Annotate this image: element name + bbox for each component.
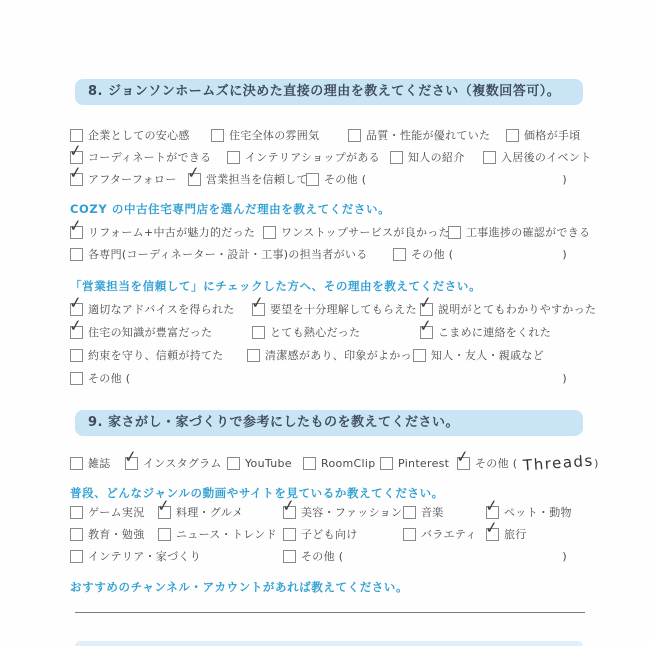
- checkbox-option[interactable]: 品質・性能が優れていた: [348, 127, 506, 143]
- checkbox-label: 適切なアドバイスを得られた: [88, 301, 235, 317]
- checkbox[interactable]: [306, 173, 319, 186]
- checkbox-option[interactable]: ニュース・トレンド: [158, 526, 283, 542]
- checkbox-row: 企業としての安心感住宅全体の雰囲気品質・性能が優れていた価格が手頃: [70, 127, 590, 143]
- checkbox-option[interactable]: ✓コーディネートができる: [70, 149, 227, 165]
- checkbox-label: その他 (: [324, 171, 366, 187]
- check-mark: ✓: [68, 317, 84, 335]
- checkbox-label: その他 (: [301, 548, 343, 564]
- checkbox[interactable]: [263, 226, 276, 239]
- checkbox-option[interactable]: 教育・勉強: [70, 526, 158, 542]
- question8-header: 8. ジョンソンホームズに決めた直接の理由を教えてください（複数回答可）。: [75, 79, 583, 105]
- checkbox[interactable]: [227, 457, 240, 470]
- checkbox-label: Pinterest: [398, 457, 449, 470]
- checkbox[interactable]: ✓: [420, 303, 433, 316]
- checkbox-label: 要望を十分理解してもらえた: [270, 301, 417, 317]
- checkbox-row: 教育・勉強ニュース・トレンド子ども向けバラエティ✓旅行: [70, 526, 590, 542]
- question8-title: 8. ジョンソンホームズに決めた直接の理由を教えてください（複数回答可）。: [88, 84, 560, 99]
- check-mark: ✓: [123, 448, 139, 466]
- checkbox-option[interactable]: Pinterest: [380, 457, 457, 470]
- checkbox[interactable]: [70, 248, 83, 261]
- checkbox[interactable]: [390, 151, 403, 164]
- paren-close: ): [562, 173, 567, 186]
- checkbox-label: インテリアショップがある: [245, 149, 380, 165]
- checkbox[interactable]: ✓: [457, 457, 470, 470]
- checkbox-label: ペット・動物: [504, 504, 572, 520]
- paren-close: ): [562, 372, 567, 385]
- checkbox-option[interactable]: 約束を守り、信頼が持てた: [70, 347, 247, 363]
- checkbox[interactable]: ✓: [486, 528, 499, 541]
- checkbox-option[interactable]: RoomClip: [303, 457, 380, 470]
- checkbox[interactable]: [403, 506, 416, 519]
- checkbox[interactable]: [283, 550, 296, 563]
- check-mark: ✓: [156, 497, 172, 515]
- checkbox-label: 営業担当を信頼して: [206, 171, 308, 187]
- checkbox[interactable]: ✓: [70, 173, 83, 186]
- checkbox-label: RoomClip: [321, 457, 376, 470]
- checkbox-row: ゲーム実況✓料理・グルメ✓美容・ファッション音楽✓ペット・動物: [70, 504, 590, 520]
- checkbox-label: 品質・性能が優れていた: [366, 127, 490, 143]
- checkbox-option[interactable]: ✓その他 (Threads: [457, 454, 594, 472]
- checkbox-label: ゲーム実況: [88, 504, 145, 520]
- checkbox-option[interactable]: ✓料理・グルメ: [158, 504, 283, 520]
- checkbox-option[interactable]: ✓旅行: [486, 526, 527, 542]
- checkbox-label: インスタグラム: [143, 455, 222, 471]
- checkbox-option[interactable]: YouTube: [227, 457, 303, 470]
- checkbox-label: アフターフォロー: [88, 171, 177, 187]
- checkbox-label: こまめに連絡をくれた: [438, 324, 551, 340]
- checkbox[interactable]: [448, 226, 461, 239]
- next-section-band-partial: [75, 641, 583, 646]
- checkbox[interactable]: [303, 457, 316, 470]
- checkbox[interactable]: [380, 457, 393, 470]
- check-mark: ✓: [455, 448, 471, 466]
- answer-line[interactable]: [75, 612, 585, 613]
- checkbox-option[interactable]: 工事進捗の確認ができる: [448, 224, 590, 240]
- checkbox-option[interactable]: 音楽: [403, 504, 486, 520]
- check-mark: ✓: [484, 519, 500, 537]
- checkbox-option[interactable]: インテリアショップがある: [227, 149, 390, 165]
- checkbox-row: 約束を守り、信頼が持てた清潔感があり、印象がよかった知人・友人・親戚など: [70, 347, 590, 363]
- checkbox-option[interactable]: ✓インスタグラム: [125, 455, 227, 471]
- checkbox-option[interactable]: 子ども向け: [283, 526, 403, 542]
- question9-header: 9. 家さがし・家づくりで参考にしたものを教えてください。: [75, 410, 583, 436]
- checkbox-label: 住宅全体の雰囲気: [229, 127, 319, 143]
- checkbox-label: 各専門(コーディネーター・設計・工事)の担当者がいる: [88, 246, 368, 262]
- check-mark: ✓: [281, 497, 297, 515]
- checkbox[interactable]: [247, 349, 260, 362]
- checkbox-row: 各専門(コーディネーター・設計・工事)の担当者がいるその他 (): [70, 246, 567, 262]
- checkbox[interactable]: [70, 550, 83, 563]
- genre-subquestion-title: 普段、どんなジャンルの動画やサイトを見ているか教えてください。: [70, 485, 590, 501]
- checkbox-option[interactable]: その他 (: [306, 171, 366, 187]
- checkbox-label: ワンストップサービスが良かった: [281, 224, 450, 240]
- checkbox-label: 清潔感があり、印象がよかった: [265, 347, 423, 363]
- checkbox[interactable]: [348, 129, 361, 142]
- checkbox[interactable]: ✓: [70, 326, 83, 339]
- checkbox-option[interactable]: ✓こまめに連絡をくれた: [420, 324, 551, 340]
- checkbox-option[interactable]: とても熱心だった: [252, 324, 420, 340]
- checkbox-option[interactable]: ✓住宅の知識が豊富だった: [70, 324, 252, 340]
- checkbox-option[interactable]: ✓営業担当を信頼して: [188, 171, 306, 187]
- checkbox-option[interactable]: その他 (: [283, 548, 343, 564]
- checkbox[interactable]: [211, 129, 224, 142]
- checkbox-option[interactable]: ✓ペット・動物: [486, 504, 572, 520]
- cozy-subquestion-title: COZY の中古住宅専門店を選んだ理由を教えてください。: [70, 201, 590, 217]
- checkbox-label: 工事進捗の確認ができる: [466, 224, 590, 240]
- checkbox-option[interactable]: 企業としての安心感: [70, 127, 211, 143]
- checkbox-label: 企業としての安心感: [88, 127, 190, 143]
- checkbox[interactable]: [158, 528, 171, 541]
- checkbox-option[interactable]: ✓要望を十分理解してもらえた: [252, 301, 420, 317]
- checkbox[interactable]: [413, 349, 426, 362]
- checkbox-label: 知人・友人・親戚など: [431, 347, 544, 363]
- recommend-subquestion-title: おすすめのチャンネル・アカウントがあれば教えてください。: [70, 579, 590, 595]
- survey-page: 8. ジョンソンホームズに決めた直接の理由を教えてください（複数回答可）。 CO…: [0, 0, 650, 646]
- checkbox-option[interactable]: ✓適切なアドバイスを得られた: [70, 301, 252, 317]
- checkbox[interactable]: ✓: [420, 326, 433, 339]
- checkbox[interactable]: [70, 528, 83, 541]
- checkbox-row: インテリア・家づくりその他 (): [70, 548, 567, 564]
- check-mark: ✓: [484, 497, 500, 515]
- checkbox-row: 雑誌✓インスタグラムYouTubeRoomClipPinterest✓その他 (…: [70, 455, 567, 471]
- checkbox[interactable]: [403, 528, 416, 541]
- checkbox[interactable]: [227, 151, 240, 164]
- check-mark: ✓: [68, 164, 84, 182]
- checkbox[interactable]: ✓: [188, 173, 201, 186]
- question9-title: 9. 家さがし・家づくりで参考にしたものを教えてください。: [88, 415, 459, 430]
- checkbox-option[interactable]: 住宅全体の雰囲気: [211, 127, 348, 143]
- checkbox-option[interactable]: 入居後のイベント: [483, 149, 591, 165]
- checkbox[interactable]: [252, 326, 265, 339]
- checkbox-row: ✓アフターフォロー✓営業担当を信頼してその他 (): [70, 171, 567, 187]
- checkbox-label: 旅行: [504, 526, 527, 542]
- checkbox-label: とても熱心だった: [270, 324, 360, 340]
- checkbox-row: ✓コーディネートができるインテリアショップがある知人の紹介入居後のイベント: [70, 149, 590, 165]
- checkbox-label: 美容・ファッション: [301, 504, 402, 520]
- paren-close: ): [562, 550, 567, 563]
- checkbox[interactable]: [70, 457, 83, 470]
- checkbox[interactable]: [70, 506, 83, 519]
- checkbox-label: 料理・グルメ: [176, 504, 243, 520]
- checkbox[interactable]: ✓: [70, 226, 83, 239]
- checkbox[interactable]: [70, 372, 83, 385]
- checkbox-option[interactable]: ✓アフターフォロー: [70, 171, 188, 187]
- checkbox-label: YouTube: [245, 457, 292, 470]
- checkbox-label: ニュース・トレンド: [176, 526, 277, 542]
- paren-close: ): [562, 248, 567, 261]
- check-mark: ✓: [418, 294, 434, 312]
- checkbox[interactable]: [283, 528, 296, 541]
- checkbox-label: インテリア・家づくり: [88, 548, 201, 564]
- checkbox-option[interactable]: ゲーム実況: [70, 504, 158, 520]
- checkbox[interactable]: [506, 129, 519, 142]
- checkbox-option[interactable]: バラエティ: [403, 526, 486, 542]
- checkbox-row: ✓住宅の知識が豊富だったとても熱心だった✓こまめに連絡をくれた: [70, 324, 590, 340]
- checkbox[interactable]: ✓: [283, 506, 296, 519]
- checkbox-option[interactable]: 知人の紹介: [390, 149, 483, 165]
- checkbox-option[interactable]: 各専門(コーディネーター・設計・工事)の担当者がいる: [70, 246, 393, 262]
- handwritten-answer: Threads: [523, 452, 595, 475]
- checkbox-label: 教育・勉強: [88, 526, 145, 542]
- checkbox-label: 価格が手頃: [524, 127, 581, 143]
- check-mark: ✓: [68, 217, 84, 235]
- checkbox-label: その他 (: [475, 455, 517, 471]
- checkbox-label: その他 (: [411, 246, 453, 262]
- paren-close: ): [594, 457, 599, 470]
- checkbox-row: ✓リフォーム+中古が魅力的だったワンストップサービスが良かった工事進捗の確認がで…: [70, 224, 590, 240]
- checkbox-option[interactable]: ✓リフォーム+中古が魅力的だった: [70, 224, 263, 240]
- checkbox[interactable]: ✓: [252, 303, 265, 316]
- checkbox-label: 音楽: [421, 504, 444, 520]
- checkbox[interactable]: [483, 151, 496, 164]
- checkbox-option[interactable]: 価格が手頃: [506, 127, 581, 143]
- checkbox-label: その他 (: [88, 370, 130, 386]
- checkbox-row: その他 (): [70, 370, 567, 386]
- checkbox-option[interactable]: 清潔感があり、印象がよかった: [247, 347, 413, 363]
- checkbox-option[interactable]: 知人・友人・親戚など: [413, 347, 544, 363]
- checkbox-label: 知人の紹介: [408, 149, 465, 165]
- checkbox-label: 子ども向け: [301, 526, 358, 542]
- check-mark: ✓: [186, 164, 202, 182]
- checkbox-label: バラエティ: [421, 526, 477, 542]
- checkbox-label: 住宅の知識が豊富だった: [88, 324, 212, 340]
- checkbox-label: 入居後のイベント: [501, 149, 591, 165]
- checkbox-label: 説明がとてもわかりやすかった: [438, 301, 596, 317]
- checkbox[interactable]: ✓: [70, 303, 83, 316]
- check-mark: ✓: [418, 317, 434, 335]
- checkbox-option[interactable]: インテリア・家づくり: [70, 548, 283, 564]
- checkbox-option[interactable]: ✓説明がとてもわかりやすかった: [420, 301, 596, 317]
- checkbox[interactable]: [70, 349, 83, 362]
- trust-subquestion-title: 「営業担当を信頼して」にチェックした方へ、その理由を教えてください。: [70, 278, 590, 294]
- checkbox-label: 約束を守り、信頼が持てた: [88, 347, 224, 363]
- checkbox[interactable]: ✓: [158, 506, 171, 519]
- checkbox-option[interactable]: 雑誌: [70, 455, 125, 471]
- checkbox-label: リフォーム+中古が魅力的だった: [88, 224, 255, 240]
- checkbox[interactable]: [393, 248, 406, 261]
- check-mark: ✓: [68, 142, 84, 160]
- check-mark: ✓: [68, 294, 84, 312]
- checkbox-row: ✓適切なアドバイスを得られた✓要望を十分理解してもらえた✓説明がとてもわかりやす…: [70, 301, 590, 317]
- checkbox-option[interactable]: ワンストップサービスが良かった: [263, 224, 448, 240]
- check-mark: ✓: [250, 294, 266, 312]
- checkbox-option[interactable]: ✓美容・ファッション: [283, 504, 403, 520]
- checkbox-label: 雑誌: [88, 455, 111, 471]
- checkbox-option[interactable]: その他 (: [393, 246, 453, 262]
- checkbox[interactable]: ✓: [125, 457, 138, 470]
- checkbox-option[interactable]: その他 (: [70, 370, 130, 386]
